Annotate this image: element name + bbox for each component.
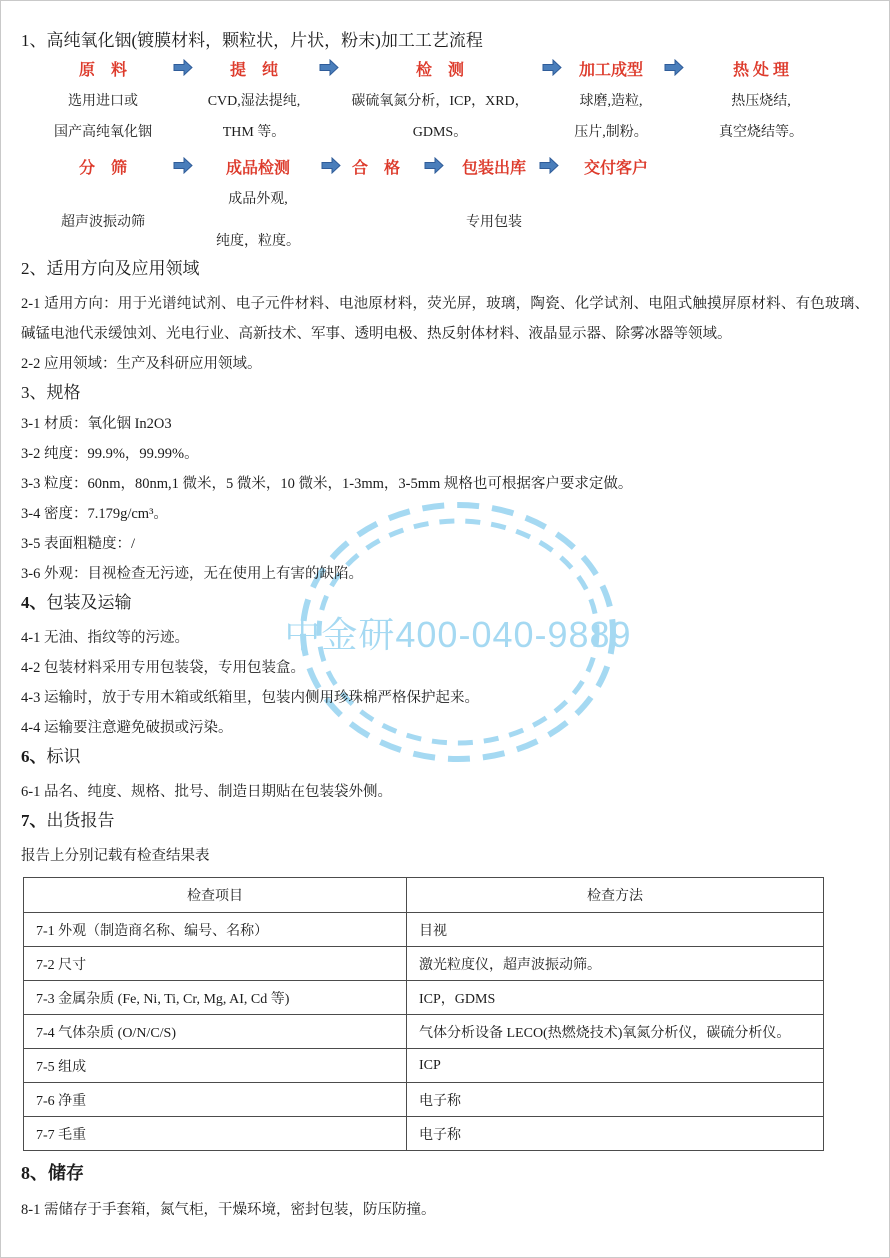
flow-step-label: 成品检测 [216, 155, 300, 188]
flow-arrow-icon [542, 59, 562, 76]
flow-step-heat-treatment: 热 处 理 热压烧结, 真空烧结等。 [719, 57, 803, 152]
table-cell-method: ICP，GDMS [407, 981, 824, 1015]
section-number: 8、 [21, 1163, 48, 1183]
flow-step-label: 分 筛 [61, 155, 145, 188]
section-title: 标识 [47, 747, 81, 766]
spec-item: 3-3 粒度：60nm，80nm,1 微米，5 微米，10 微米，1-3mm，3… [21, 469, 869, 499]
table-row: 7-2 尺寸 激光粒度仪，超声波振动筛。 [24, 947, 824, 981]
flow-step-label: 合 格 [352, 155, 400, 188]
flow-step-label: 原 料 [54, 57, 152, 90]
flow-arrow-icon [321, 157, 341, 174]
section-title: 适用方向及应用领域 [47, 259, 200, 278]
spec-item: 3-4 密度：7.179g/cm³。 [21, 499, 869, 529]
table-row: 7-7 毛重 电子称 [24, 1117, 824, 1151]
spec-item: 3-2 纯度：99.9%，99.99%。 [21, 439, 869, 469]
section-heading-8: 8、储存 [21, 1159, 869, 1191]
table-cell-method: 电子称 [407, 1083, 824, 1117]
doc-title: 1、高纯氧化铟(镀膜材料，颗粒状，片状，粉末)加工工艺流程 [21, 27, 869, 57]
packing-item: 4-3 运输时，放于专用木箱或纸箱里，包装内侧用珍珠棉严格保护起来。 [21, 683, 869, 713]
flow-step-note: CVD,湿法提纯, [208, 90, 301, 121]
table-row: 7-4 气体杂质 (O/N/C/S) 气体分析设备 LECO(热燃烧技术)氧氮分… [24, 1015, 824, 1049]
flow-arrow-icon [173, 59, 193, 76]
flow-step-note: 专用包装 [462, 211, 526, 242]
flow-step-sieving: 分 筛 超声波振动筛 [61, 155, 145, 242]
section-number: 2、 [21, 259, 47, 278]
table-cell-item: 7-5 组成 [24, 1049, 407, 1083]
spec-item: 3-5 表面粗糙度：/ [21, 529, 869, 559]
flow-step-note: 成品外观, [216, 188, 300, 219]
section-heading-3: 3、规格 [21, 379, 869, 409]
section-title: 出货报告 [47, 811, 115, 830]
flow-step-note: GDMS。 [351, 121, 528, 152]
flow-step-delivery: 交付客户 [584, 155, 648, 188]
flow-arrow-icon [319, 59, 339, 76]
table-cell-item: 7-1 外观（制造商名称、编号、名称） [24, 913, 407, 947]
flow-arrow-icon [539, 157, 559, 174]
flow-step-label: 热 处 理 [719, 57, 803, 90]
flow-step-note: THM 等。 [208, 121, 301, 152]
flow-step-raw-material: 原 料 选用进口或 国产高纯氧化铟 [54, 57, 152, 152]
flow-step-note: 压片,制粉。 [574, 121, 648, 152]
paragraph-2-1: 2-1 适用方向：用于光谱纯试剂、电子元件材料、电池原材料，荧光屏，玻璃，陶瓷、… [21, 289, 869, 349]
table-cell-item: 7-3 金属杂质 (Fe, Ni, Ti, Cr, Mg, AI, Cd 等) [24, 981, 407, 1015]
flow-arrow-icon [424, 157, 444, 174]
flow-step-final-inspection: 成品检测 成品外观, 纯度，粒度。 [216, 155, 300, 261]
table-cell-method: ICP [407, 1049, 824, 1083]
flow-step-note: 热压烧结, [719, 90, 803, 121]
section-heading-2: 2、适用方向及应用领域 [21, 255, 869, 285]
spec-item: 3-6 外观：目视检查无污迹，无在使用上有害的缺陷。 [21, 559, 869, 589]
section-number: 4、 [21, 593, 47, 612]
table-header-row: 检查项目 检查方法 [24, 878, 824, 913]
section-number: 3、 [21, 383, 47, 402]
section-number: 7、 [21, 811, 47, 830]
packing-item: 4-4 运输要注意避免破损或污染。 [21, 713, 869, 743]
packing-item: 4-2 包装材料采用专用包装袋，专用包装盒。 [21, 653, 869, 683]
flow-step-forming: 加工成型 球磨,造粒, 压片,制粉。 [574, 57, 648, 152]
table-cell-item: 7-6 净重 [24, 1083, 407, 1117]
section-heading-7: 7、出货报告 [21, 807, 869, 837]
flow-step-note: 选用进口或 [54, 90, 152, 121]
section-heading-4: 4、包装及运输 [21, 589, 869, 619]
flow-step-label: 加工成型 [574, 57, 648, 90]
process-flow-diagram: 原 料 选用进口或 国产高纯氧化铟 提 纯 CVD,湿法提纯, THM 等。 检… [21, 57, 869, 255]
flow-step-label: 检 测 [351, 57, 528, 90]
paragraph-2-2: 2-2 应用领域：生产及科研应用领域。 [21, 349, 869, 379]
flow-step-note: 国产高纯氧化铟 [54, 121, 152, 152]
flow-step-qualified: 合 格 [352, 155, 400, 188]
flow-arrow-icon [173, 157, 193, 174]
table-cell-method: 电子称 [407, 1117, 824, 1151]
flow-step-note: 碳硫氧氮分析，ICP，XRD， [351, 90, 528, 121]
storage-item: 8-1 需储存于手套箱，氮气柜，干燥环境，密封包装，防压防撞。 [21, 1195, 869, 1225]
table-row: 7-3 金属杂质 (Fe, Ni, Ti, Cr, Mg, AI, Cd 等) … [24, 981, 824, 1015]
flow-step-note: 真空烧结等。 [719, 121, 803, 152]
flow-arrow-icon [664, 59, 684, 76]
section-number: 1、 [21, 31, 47, 50]
flow-step-testing: 检 测 碳硫氧氮分析，ICP，XRD， GDMS。 [351, 57, 528, 152]
table-header-cell: 检查方法 [407, 878, 824, 913]
table-row: 7-1 外观（制造商名称、编号、名称） 目视 [24, 913, 824, 947]
flow-step-purification: 提 纯 CVD,湿法提纯, THM 等。 [208, 57, 301, 152]
section-heading-6: 6、标识 [21, 743, 869, 773]
table-header-cell: 检查项目 [24, 878, 407, 913]
flow-step-label: 包装出库 [462, 155, 526, 188]
table-cell-item: 7-2 尺寸 [24, 947, 407, 981]
flow-step-packing-out: 包装出库 专用包装 [462, 155, 526, 242]
table-cell-item: 7-7 毛重 [24, 1117, 407, 1151]
section-number: 6、 [21, 747, 47, 766]
section-title: 规格 [47, 383, 81, 402]
table-cell-item: 7-4 气体杂质 (O/N/C/S) [24, 1015, 407, 1049]
spec-item: 3-1 材质：氧化铟 In2O3 [21, 409, 869, 439]
table-row: 7-5 组成 ICP [24, 1049, 824, 1083]
label-item: 6-1 品名、纯度、规格、批号、制造日期贴在包装袋外侧。 [21, 777, 869, 807]
flow-step-label: 交付客户 [584, 155, 648, 188]
table-cell-method: 激光粒度仪，超声波振动筛。 [407, 947, 824, 981]
section-title: 包装及运输 [47, 593, 132, 612]
section-title: 高纯氧化铟(镀膜材料，颗粒状，片状，粉末)加工工艺流程 [47, 31, 483, 50]
table-intro: 报告上分别记载有检查结果表 [21, 841, 869, 871]
table-row: 7-6 净重 电子称 [24, 1083, 824, 1117]
section-title: 储存 [48, 1163, 84, 1183]
packing-item: 4-1 无油、指纹等的污迹。 [21, 623, 869, 653]
flow-step-note: 球磨,造粒, [574, 90, 648, 121]
flow-step-label: 提 纯 [208, 57, 301, 90]
flow-step-note: 超声波振动筛 [61, 211, 145, 242]
inspection-table: 检查项目 检查方法 7-1 外观（制造商名称、编号、名称） 目视 7-2 尺寸 … [23, 877, 824, 1151]
table-cell-method: 气体分析设备 LECO(热燃烧技术)氧氮分析仪，碳硫分析仪。 [407, 1015, 824, 1049]
flow-step-note: 纯度，粒度。 [216, 230, 300, 261]
table-cell-method: 目视 [407, 913, 824, 947]
document-page: 中金研400-040-9889 1、高纯氧化铟(镀膜材料，颗粒状，片状，粉末)加… [0, 0, 890, 1258]
